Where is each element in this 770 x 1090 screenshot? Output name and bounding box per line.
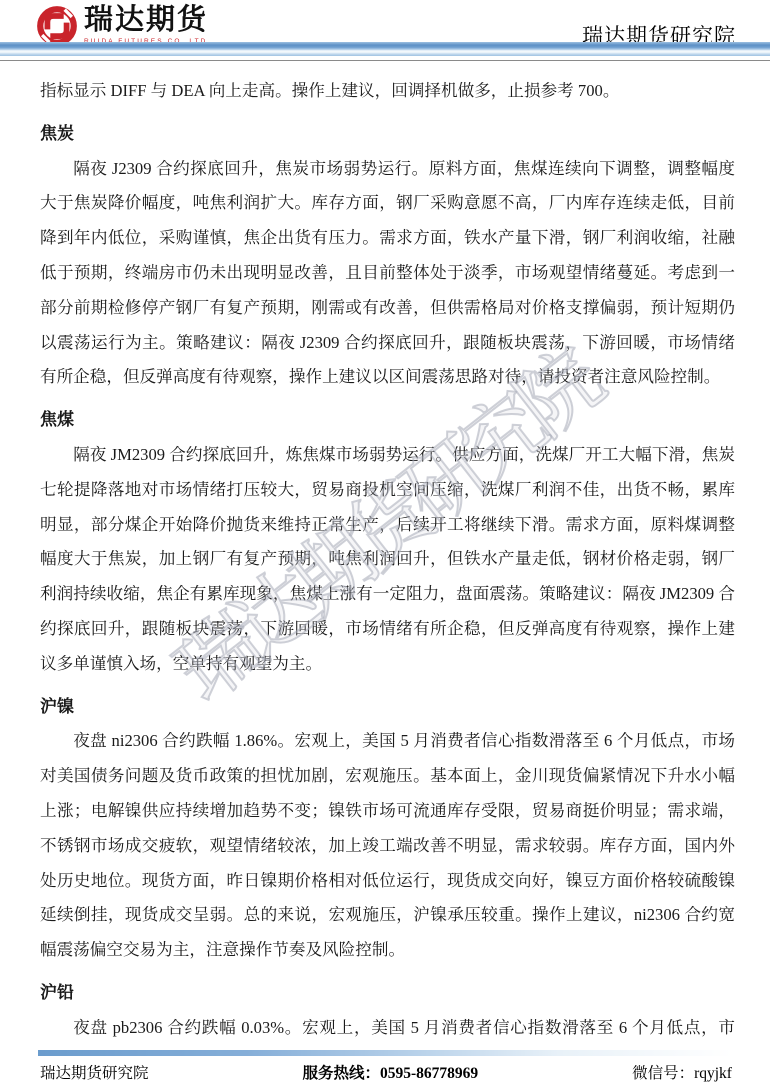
section-paragraph-nickel: 夜盘 ni2306 合约跌幅 1.86%。宏观上，美国 5 月消费者信心指数滑落… bbox=[40, 724, 735, 968]
section-heading-coking-coal: 焦煤 bbox=[40, 403, 735, 438]
page-footer: 瑞达期货研究院 服务热线：0595-86778969 微信号：rqyjkf bbox=[40, 1061, 732, 1083]
footer-hotline: 服务热线：0595-86778969 bbox=[302, 1061, 478, 1083]
footer-wechat-id: rqyjkf bbox=[694, 1065, 732, 1082]
brand-name: 瑞达期货 bbox=[84, 3, 211, 37]
footer-hotline-label: 服务热线： bbox=[302, 1065, 380, 1082]
section-paragraph-lead: 夜盘 pb2306 合约跌幅 0.03%。宏观上，美国 5 月消费者信心指数滑落… bbox=[40, 1011, 735, 1046]
section-paragraph-coke: 隔夜 J2309 合约探底回升，焦炭市场弱势运行。原料方面，焦煤连续向下调整，调… bbox=[40, 152, 735, 396]
header-hairline bbox=[0, 60, 770, 61]
brand-text-block: 瑞达期货 RUIDA FUTURES CO.,LTD. bbox=[84, 3, 211, 46]
intro-paragraph: 指标显示 DIFF 与 DEA 向上走高。操作上建议，回调择机做多，止损参考 7… bbox=[40, 74, 735, 109]
footer-institute: 瑞达期货研究院 bbox=[40, 1061, 149, 1083]
section-heading-lead: 沪铅 bbox=[40, 976, 735, 1011]
section-heading-coke: 焦炭 bbox=[40, 117, 735, 152]
footer-wechat-label: 微信号： bbox=[632, 1065, 694, 1082]
header-divider-bar bbox=[0, 42, 770, 56]
report-body: 指标显示 DIFF 与 DEA 向上走高。操作上建议，回调择机做多，止损参考 7… bbox=[40, 74, 735, 1046]
section-heading-nickel: 沪镍 bbox=[40, 690, 735, 725]
footer-wechat: 微信号：rqyjkf bbox=[632, 1061, 732, 1083]
footer-divider-bar bbox=[38, 1050, 732, 1056]
footer-hotline-number: 0595-86778969 bbox=[380, 1065, 478, 1082]
section-paragraph-coking-coal: 隔夜 JM2309 合约探底回升，炼焦煤市场弱势运行。供应方面，洗煤厂开工大幅下… bbox=[40, 438, 735, 682]
